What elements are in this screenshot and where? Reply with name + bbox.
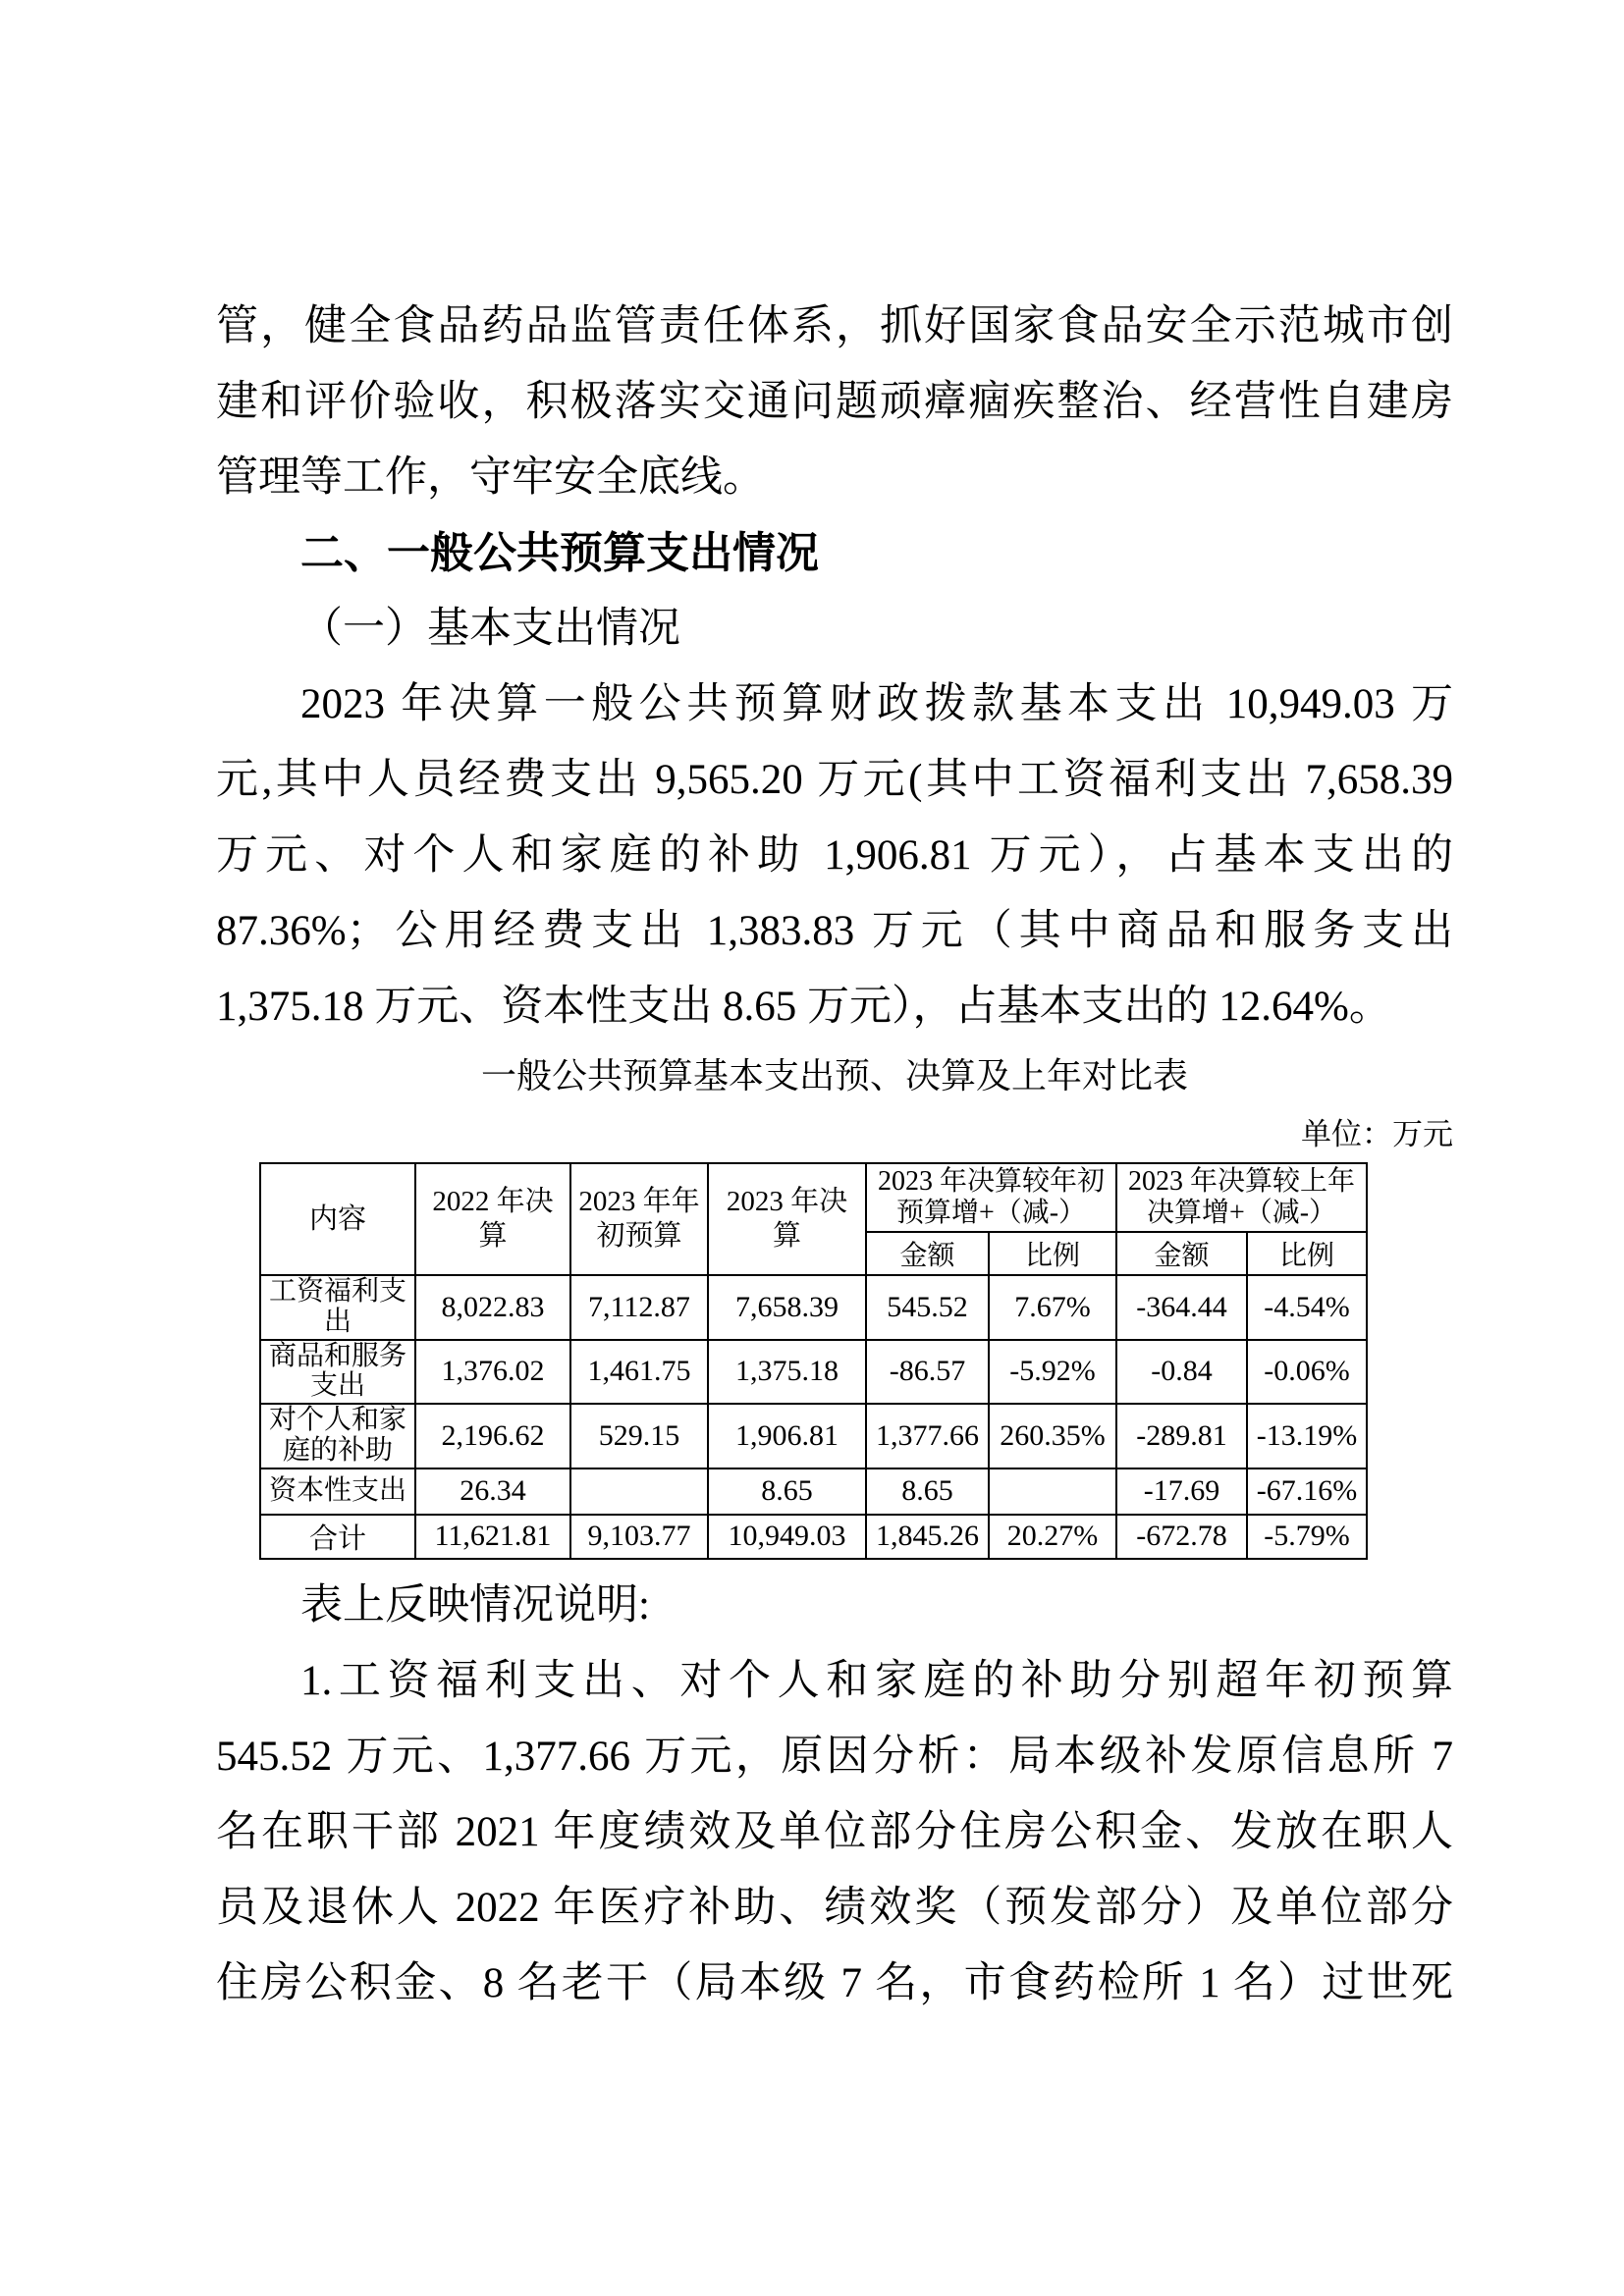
subheader-amount: 金额 [866,1232,989,1275]
table-row: 工资福利支出 8,022.83 7,112.87 7,658.39 545.52… [260,1275,1367,1340]
paragraph-line: 545.52 万元、1,377.66 万元，原因分析：局本级补发原信息所 7 [216,1719,1453,1794]
cell-2023-final: 10,949.03 [708,1515,866,1559]
paragraph-line: 2023 年决算一般公共预算财政拨款基本支出 10,949.03 万 [216,667,1453,742]
header-2023-budget: 2023 年年初预算 [570,1163,708,1275]
paragraph-line: 住房公积金、8 名老干（局本级 7 名，市食药检所 1 名）过世死 [216,1946,1453,2021]
paragraph-line: 建和评价验收，积极落实交通问题顽瘴痼疾整治、经营性自建房 [216,364,1453,440]
cell-vs-budget-amount: -86.57 [866,1340,989,1405]
header-2023-final: 2023 年决算 [708,1163,866,1275]
document-page: 管，健全食品药品监管责任体系，抓好国家食品安全示范城市创 建和评价验收，积极落实… [0,0,1624,2296]
table-header-row: 内容 2022 年决算 2023 年年初预算 2023 年决算 2023 年决算… [260,1163,1367,1232]
header-content: 内容 [260,1163,415,1275]
cell-vs-budget-amount: 8.65 [866,1468,989,1515]
cell-vs-budget-ratio: 7.67% [989,1275,1116,1340]
cell-label: 资本性支出 [260,1468,415,1515]
cell-2023-budget [570,1468,708,1515]
cell-vs-prev-amount: -17.69 [1116,1468,1247,1515]
cell-label: 对个人和家庭的补助 [260,1404,415,1468]
cell-2023-final: 1,906.81 [708,1404,866,1468]
budget-comparison-table: 内容 2022 年决算 2023 年年初预算 2023 年决算 2023 年决算… [259,1162,1368,1560]
cell-vs-prev-amount: -0.84 [1116,1340,1247,1405]
table-title: 一般公共预算基本支出预、决算及上年对比表 [216,1044,1453,1107]
cell-2022-final: 8,022.83 [415,1275,570,1340]
cell-vs-prev-amount: -364.44 [1116,1275,1247,1340]
cell-vs-prev-ratio: -0.06% [1247,1340,1367,1405]
cell-2023-final: 1,375.18 [708,1340,866,1405]
cell-vs-budget-ratio: 20.27% [989,1515,1116,1559]
cell-2022-final: 11,621.81 [415,1515,570,1559]
table-row: 商品和服务支出 1,376.02 1,461.75 1,375.18 -86.5… [260,1340,1367,1405]
cell-2023-final: 7,658.39 [708,1275,866,1340]
cell-vs-budget-ratio [989,1468,1116,1515]
subheader-ratio: 比例 [1247,1232,1367,1275]
header-group-vs-prev-year: 2023 年决算较上年决算增+（减-） [1116,1163,1367,1232]
cell-vs-budget-amount: 545.52 [866,1275,989,1340]
cell-2022-final: 26.34 [415,1468,570,1515]
cell-2023-budget: 1,461.75 [570,1340,708,1405]
cell-label: 工资福利支出 [260,1275,415,1340]
paragraph-line: 管，健全食品药品监管责任体系，抓好国家食品安全示范城市创 [216,289,1453,364]
cell-vs-prev-ratio: -67.16% [1247,1468,1367,1515]
cell-2023-budget: 7,112.87 [570,1275,708,1340]
cell-label: 商品和服务支出 [260,1340,415,1405]
basic-expense-paragraph: 2023 年决算一般公共预算财政拨款基本支出 10,949.03 万 元,其中人… [216,667,1453,1044]
paragraph-line: 员及退休人 2022 年医疗补助、绩效奖（预发部分）及单位部分 [216,1870,1453,1946]
cell-2022-final: 1,376.02 [415,1340,570,1405]
analysis-paragraph: 1.工资福利支出、对个人和家庭的补助分别超年初预算 545.52 万元、1,37… [216,1643,1453,2021]
cell-2023-budget: 9,103.77 [570,1515,708,1559]
header-group-vs-budget: 2023 年决算较年初预算增+（减-） [866,1163,1116,1232]
cell-2022-final: 2,196.62 [415,1404,570,1468]
cell-vs-budget-ratio: 260.35% [989,1404,1116,1468]
paragraph-line: 87.36%；公用经费支出 1,383.83 万元（其中商品和服务支出 [216,893,1453,969]
cell-vs-budget-ratio: -5.92% [989,1340,1116,1405]
page-content: 管，健全食品药品监管责任体系，抓好国家食品安全示范城市创 建和评价验收，积极落实… [0,0,1624,2021]
cell-vs-prev-ratio: -4.54% [1247,1275,1367,1340]
paragraph-line: 元,其中人员经费支出 9,565.20 万元(其中工资福利支出 7,658.39 [216,742,1453,818]
table-row: 资本性支出 26.34 8.65 8.65 -17.69 -67.16% [260,1468,1367,1515]
intro-paragraph: 管，健全食品药品监管责任体系，抓好国家食品安全示范城市创 建和评价验收，积极落实… [216,289,1453,515]
header-2022-final: 2022 年决算 [415,1163,570,1275]
cell-2023-final: 8.65 [708,1468,866,1515]
paragraph-line: 万元、对个人和家庭的补助 1,906.81 万元），占基本支出的 [216,818,1453,893]
sub-heading: （一）基本支出情况 [216,591,1453,667]
subheader-ratio: 比例 [989,1232,1116,1275]
table-total-row: 合计 11,621.81 9,103.77 10,949.03 1,845.26… [260,1515,1367,1559]
table-row: 对个人和家庭的补助 2,196.62 529.15 1,906.81 1,377… [260,1404,1367,1468]
section-heading: 二、一般公共预算支出情况 [216,515,1453,591]
subheader-amount: 金额 [1116,1232,1247,1275]
cell-vs-prev-ratio: -13.19% [1247,1404,1367,1468]
unit-label: 单位：万元 [216,1107,1453,1162]
cell-vs-budget-amount: 1,377.66 [866,1404,989,1468]
paragraph-line: 1,375.18 万元、资本性支出 8.65 万元），占基本支出的 12.64%… [216,969,1453,1044]
cell-vs-prev-amount: -289.81 [1116,1404,1247,1468]
cell-vs-prev-ratio: -5.79% [1247,1515,1367,1559]
paragraph-line: 管理等工作，守牢安全底线。 [216,440,1453,515]
paragraph-line: 1.工资福利支出、对个人和家庭的补助分别超年初预算 [216,1643,1453,1719]
paragraph-line: 名在职干部 2021 年度绩效及单位部分住房公积金、发放在职人 [216,1794,1453,1870]
cell-2023-budget: 529.15 [570,1404,708,1468]
cell-label: 合计 [260,1515,415,1559]
cell-vs-prev-amount: -672.78 [1116,1515,1247,1559]
notes-heading: 表上反映情况说明: [216,1568,1453,1643]
cell-vs-budget-amount: 1,845.26 [866,1515,989,1559]
